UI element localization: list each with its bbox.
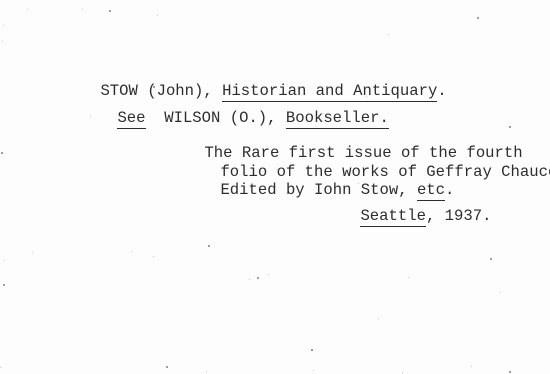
heading-period: . <box>437 82 446 100</box>
see-label-underlined: See <box>117 109 145 129</box>
scan-speck <box>477 17 479 19</box>
scan-speck <box>166 366 168 368</box>
scan-speck <box>388 34 389 35</box>
scan-speck <box>90 116 91 117</box>
scan-speck <box>1 152 3 154</box>
scan-speck <box>157 15 158 16</box>
scan-speck <box>153 86 155 88</box>
scan-speck <box>249 279 250 280</box>
scan-speck <box>27 9 28 10</box>
scan-speck <box>378 318 379 319</box>
scan-speck <box>402 372 403 373</box>
scan-speck <box>206 371 207 372</box>
scan-speck <box>2 41 3 42</box>
scan-speck <box>366 96 367 97</box>
scan-speck <box>208 245 210 247</box>
scan-speck <box>500 292 501 293</box>
scan-speck <box>257 277 259 279</box>
imprint-place-underlined: Seattle <box>360 207 426 227</box>
scan-speck <box>4 260 5 261</box>
scan-speck <box>0 367 1 368</box>
scan-speck <box>311 349 313 351</box>
scan-speck <box>358 183 359 184</box>
imprint-year: , 1937. <box>426 207 492 225</box>
scan-speck <box>268 274 269 275</box>
scan-speck <box>408 277 409 278</box>
catalog-card: STOW (John), Historian and Antiquary. Se… <box>0 0 550 374</box>
scan-speck <box>490 258 492 260</box>
scan-speck <box>509 126 511 128</box>
scan-speck <box>82 9 83 10</box>
imprint-line: Seattle, 1937. <box>323 188 491 246</box>
scan-speck <box>131 251 132 252</box>
scan-speck <box>109 10 111 12</box>
scan-speck <box>3 25 4 26</box>
scan-speck <box>32 252 33 253</box>
scan-speck <box>471 366 472 367</box>
scan-speck <box>313 370 314 371</box>
scan-speck <box>3 284 5 286</box>
scan-speck <box>153 256 154 257</box>
scan-speck <box>509 371 511 373</box>
